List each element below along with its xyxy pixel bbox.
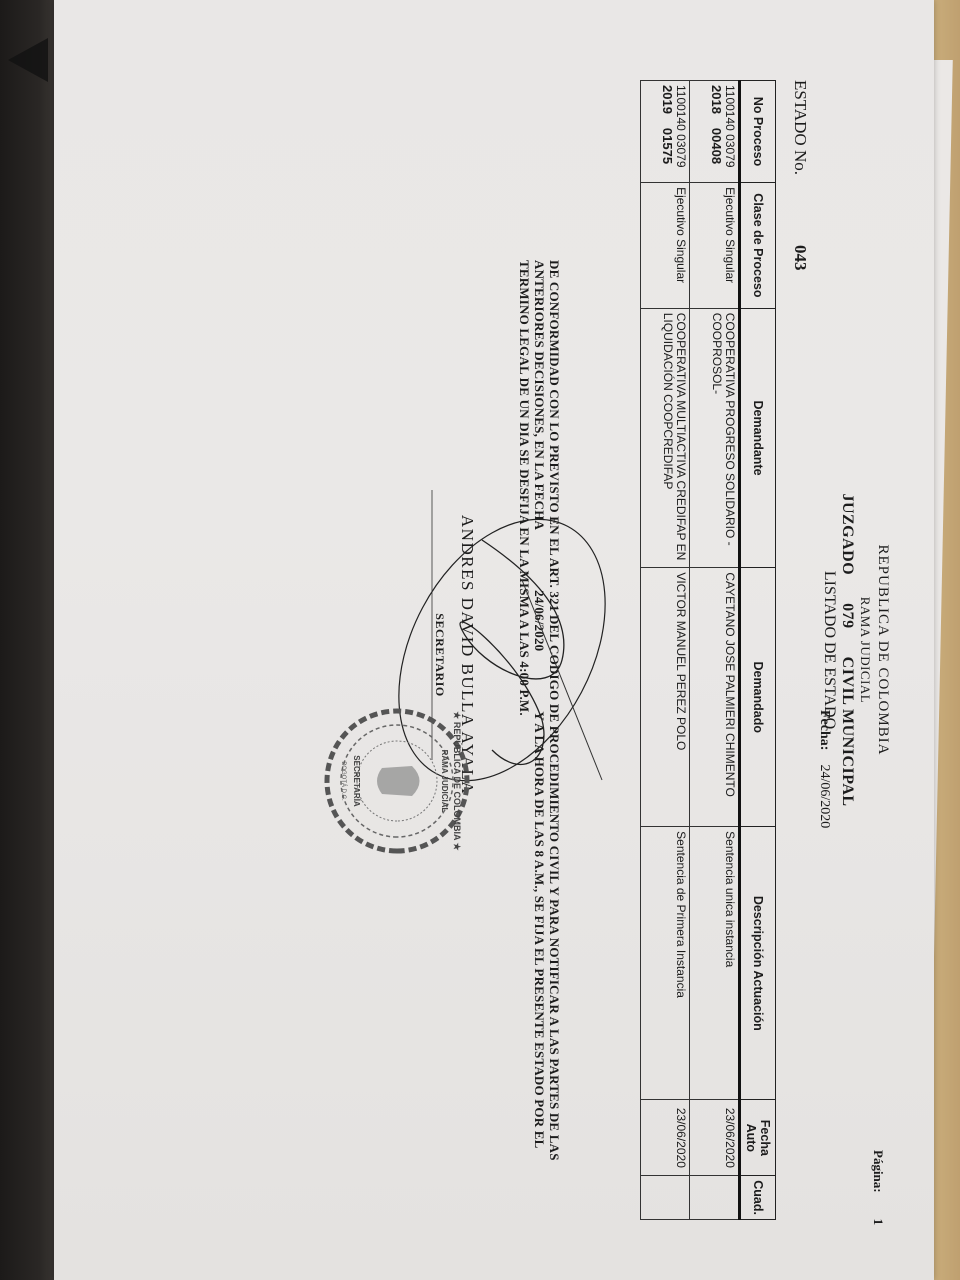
cell-demandante: COOPERATIVA MULTIACTIVA CREDIFAP EN LIQU… — [641, 308, 690, 568]
proceso-year: 2019 — [660, 85, 675, 114]
estado-number: ESTADO No.043 — [790, 80, 810, 270]
cell-cuad — [641, 1176, 690, 1220]
fecha-value: 24/06/2020 — [817, 764, 832, 828]
notice-line-3: TERMINO LEGAL DE UN DIA SE DESFIJA EN LA… — [517, 260, 532, 1220]
proceso-year: 2018 — [709, 85, 724, 114]
page-number: Página:1 — [870, 1150, 886, 1225]
country-title: REPUBLICA DE COLOMBIA — [874, 60, 892, 1240]
cell-fecha-auto: 23/06/2020 — [641, 1100, 690, 1176]
cell-descripcion: Sentencia unica instancia — [690, 827, 740, 1100]
list-title: LISTADO DE ESTADO — [820, 60, 838, 1240]
pagina-value: 1 — [871, 1219, 886, 1226]
notice-date: 24/06/2020 — [532, 590, 547, 651]
signer-name: ANDRES DAVID BULLA AYALA — [457, 395, 477, 915]
cell-fecha-auto: 23/06/2020 — [690, 1100, 740, 1176]
branch-title: RAMA JUDICIAL — [856, 60, 874, 1240]
svg-text:SECRETARÍA: SECRETARÍA — [352, 755, 361, 807]
col-clase-proceso: Clase de Proceso — [740, 183, 776, 309]
notice-line-2-tail: Y A LA HORA DE LAS 8 A.M., SE FIJA EL PR… — [532, 711, 547, 1148]
proceso-num: 00408 — [709, 128, 724, 164]
court-number: 079 — [839, 603, 856, 629]
estado-label: ESTADO No. — [791, 80, 810, 175]
estado-document: REPUBLICA DE COLOMBIA RAMA JUDICIAL JUZG… — [82, 60, 902, 1240]
col-descripcion: Descripción Actuación — [740, 827, 776, 1100]
proceso-code: 1100140 03079 — [674, 85, 687, 178]
proceso-code: 1100140 03079 — [723, 85, 736, 178]
handwritten-signature-icon — [82, 60, 902, 1240]
cell-demandado: VICTOR MANUEL PEREZ POLO — [641, 568, 690, 827]
document-header: REPUBLICA DE COLOMBIA RAMA JUDICIAL JUZG… — [820, 60, 892, 1240]
cell-demandante: COOPERATIVA PROGRESO SOLIDARIO -COOPROSO… — [690, 308, 740, 568]
proceso-year-num: 201800408 — [710, 85, 723, 178]
court-type: CIVIL MUNICIPAL — [839, 657, 856, 807]
cell-clase: Ejecutivo Singular — [641, 183, 690, 309]
col-no-proceso: No Proceso — [740, 81, 776, 183]
svg-text:BOGOTÁ D.C.: BOGOTÁ D.C. — [340, 761, 347, 801]
proceso-year-num: 201901575 — [661, 85, 674, 178]
table-row: 1100140 03079 201800408 Ejecutivo Singul… — [690, 81, 740, 1220]
signer-role: SECRETARIO — [432, 395, 447, 915]
table-header-row: No Proceso Clase de Proceso Demandante D… — [740, 81, 776, 1220]
signature-block: ANDRES DAVID BULLA AYALA SECRETARIO — [432, 395, 477, 915]
notice-line-2: ANTERIORES DECISIONES, EN LA FECHA24/06/… — [532, 260, 547, 1220]
desk-dark-surface — [0, 0, 56, 1280]
cell-cuad — [690, 1176, 740, 1220]
cell-descripcion: Sentencia de Primera Instancia — [641, 827, 690, 1100]
process-table: No Proceso Clase de Proceso Demandante D… — [640, 80, 776, 1220]
cell-proceso: 1100140 03079 201800408 — [690, 81, 740, 183]
court-title: JUZGADO079CIVIL MUNICIPAL — [838, 60, 856, 1240]
estado-value: 043 — [791, 245, 810, 271]
col-demandante: Demandante — [740, 308, 776, 568]
col-cuad: Cuad. — [740, 1176, 776, 1220]
notice-line-2-text: ANTERIORES DECISIONES, EN LA FECHA — [532, 260, 547, 530]
document-date: Fecha:24/06/2020 — [816, 710, 832, 828]
notice-line-1: DE CONFORMIDAD CON LO PREVISTO EN EL ART… — [547, 260, 562, 1220]
col-demandado: Demandado — [740, 568, 776, 827]
pagina-label: Página: — [871, 1150, 886, 1193]
legal-notice: DE CONFORMIDAD CON LO PREVISTO EN EL ART… — [517, 260, 562, 1220]
col-fecha-auto: Fecha Auto — [740, 1100, 776, 1176]
cell-proceso: 1100140 03079 201901575 — [641, 81, 690, 183]
proceso-num: 01575 — [660, 128, 675, 164]
desk-mark — [8, 38, 48, 82]
cell-demandado: CAYETANO JOSE PALMIERI CHIMENTO — [690, 568, 740, 827]
fecha-label: Fecha: — [817, 710, 832, 750]
table-row: 1100140 03079 201901575 Ejecutivo Singul… — [641, 81, 690, 1220]
court-label: JUZGADO — [839, 493, 856, 575]
cell-clase: Ejecutivo Singular — [690, 183, 740, 309]
